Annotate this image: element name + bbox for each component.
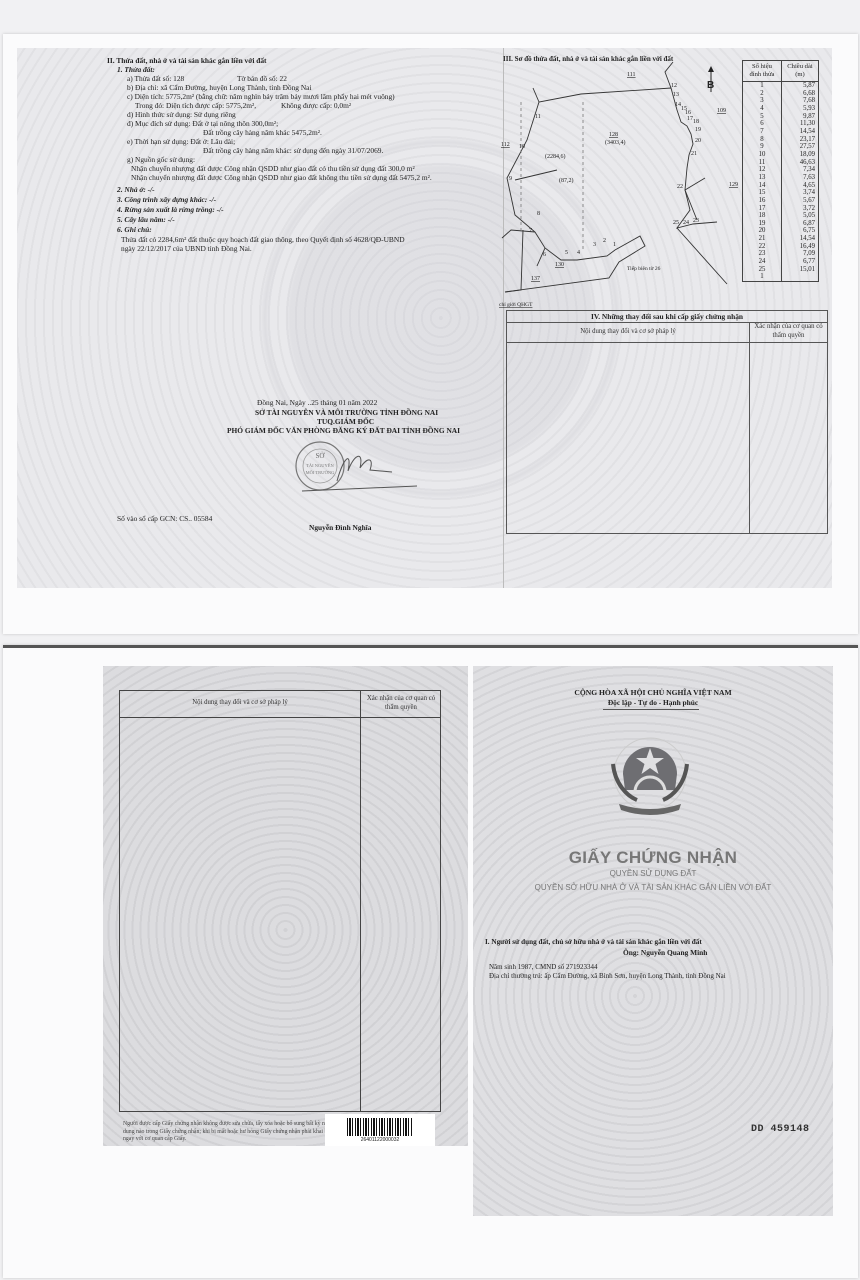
edge-length: 6,68 (782, 90, 819, 98)
edge-length: 7,34 (782, 166, 819, 174)
svg-text:13: 13 (673, 92, 679, 98)
edge-length: 14,54 (782, 235, 819, 243)
col-change-content: Nội dung thay đổi và cơ sở pháp lý (120, 699, 360, 708)
edge-length: 15,01 (782, 266, 819, 274)
perennial-item: 5. Cây lâu năm: -/- (117, 215, 175, 225)
certificate-subtitle-1: QUYỀN SỬ DỤNG ĐẤT (473, 869, 833, 878)
official-stamp-and-signature: SỞ TÀI NGUYÊN MÔI TRƯỜNG (282, 436, 422, 496)
svg-text:6: 6 (543, 252, 546, 258)
vertex-id: 13 (743, 174, 782, 182)
vertex-id: 4 (743, 105, 782, 113)
vertex-id: 20 (743, 227, 782, 235)
serial-number: DD 459148 (751, 1124, 810, 1135)
col-confirmation: Xác nhận của cơ quan có thẩm quyền (750, 323, 827, 340)
svg-text:chỉ giới QHGT: chỉ giới QHGT (499, 302, 533, 308)
svg-text:21: 21 (691, 151, 697, 157)
vertex-header: Số hiệu đỉnh thửa (743, 61, 782, 82)
svg-text:B: B (707, 80, 714, 91)
national-emblem-icon (595, 734, 705, 824)
vertex-id: 17 (743, 205, 782, 213)
barcode-bars-icon (347, 1118, 413, 1136)
barcode-number: 26401122000032 (325, 1137, 435, 1143)
certificate-page-2-scan: Nội dung thay đổi và cơ sở pháp lý Xác n… (3, 645, 858, 1278)
north-arrow-icon: B (707, 66, 714, 92)
svg-text:19: 19 (695, 127, 701, 133)
edge-length: 7,68 (782, 97, 819, 105)
edge-length: 27,57 (782, 143, 819, 151)
other-construction-item: 3. Công trình xây dựng khác: -/- (117, 195, 216, 205)
edge-length-row: 59,87 (743, 113, 819, 121)
edge-length: 7,63 (782, 174, 819, 182)
svg-text:1: 1 (613, 242, 616, 248)
edge-length: 7,09 (782, 250, 819, 258)
edge-length: 6,87 (782, 220, 819, 228)
note-line-2: ngày 22/12/2017 của UBND tỉnh Đồng Nai. (121, 244, 252, 254)
vertex-id: 8 (743, 136, 782, 144)
svg-text:130: 130 (555, 262, 564, 268)
svg-text:4: 4 (577, 250, 580, 256)
certificate-page-1-scan: II. Thửa đất, nhà ở và tài sản khác gắn … (3, 34, 858, 634)
not-granted-area: Không được cấp: 0,0m² (281, 101, 351, 111)
svg-text:7: 7 (529, 228, 532, 234)
svg-text:23: 23 (693, 218, 699, 224)
edge-length-row: 2515,01 (743, 266, 819, 274)
edge-length: 6,77 (782, 258, 819, 266)
scanned-document-cover-right: CỘNG HÒA XÃ HỘI CHỦ NGHĨA VIỆT NAM Độc l… (473, 666, 833, 1216)
svg-text:10: 10 (519, 144, 525, 150)
edge-length-row: 237,09 (743, 250, 819, 258)
svg-text:109: 109 (717, 108, 726, 114)
vertex-id: 9 (743, 143, 782, 151)
edge-length: 4,65 (782, 182, 819, 190)
svg-text:12: 12 (671, 83, 677, 89)
vertex-id: 25 (743, 266, 782, 274)
edge-length: 11,30 (782, 120, 819, 128)
edge-length-row: 45,93 (743, 105, 819, 113)
edge-length-row: 1018,09 (743, 151, 819, 159)
edge-length-row: 165,67 (743, 197, 819, 205)
edge-length: 5,05 (782, 212, 819, 220)
warning-note: Người được cấp Giấy chứng nhận không đượ… (123, 1121, 333, 1144)
vertex-id: 10 (743, 151, 782, 159)
vertex-id: 23 (743, 250, 782, 258)
edge-length-row: 714,54 (743, 128, 819, 136)
owner-name: Ông: Nguyễn Quang Minh (623, 948, 707, 958)
svg-text:(3403,4): (3403,4) (605, 139, 626, 146)
edge-length: 5,93 (782, 105, 819, 113)
svg-text:25: 25 (673, 220, 679, 226)
edge-length-row: 823,17 (743, 136, 819, 144)
edge-length-row: 206,75 (743, 227, 819, 235)
country-name: CỘNG HÒA XÃ HỘI CHỦ NGHĨA VIỆT NAM (473, 688, 833, 698)
vertex-id: 18 (743, 212, 782, 220)
signer-name: Nguyễn Đình Nghĩa (309, 523, 371, 533)
svg-text:MÔI TRƯỜNG: MÔI TRƯỜNG (306, 470, 336, 475)
changes-table-page1: IV. Những thay đổi sau khi cấp giấy chứn… (506, 310, 828, 534)
barcode: 26401122000032 (325, 1114, 435, 1146)
forest-item: 4. Rừng sản xuất là rừng trồng: -/- (117, 205, 224, 215)
edge-length (782, 273, 819, 281)
svg-text:Tiếp biên tờ 26: Tiếp biên tờ 26 (627, 265, 661, 272)
length-header: Chiều dài (m) (782, 61, 819, 82)
edge-length: 23,17 (782, 136, 819, 144)
edge-length-row: 196,87 (743, 220, 819, 228)
vertex-id: 22 (743, 243, 782, 251)
svg-text:(2284,6): (2284,6) (545, 153, 566, 160)
house-item: 2. Nhà ở: -/- (117, 185, 155, 195)
sign-date: Đồng Nai, Ngày ..25 tháng 01 năm 2022 (257, 398, 377, 408)
edge-length-row: 173,72 (743, 205, 819, 213)
edge-length: 3,72 (782, 205, 819, 213)
col-confirmation: Xác nhận của cơ quan có thẩm quyền (362, 695, 440, 712)
edge-length-row: 127,34 (743, 166, 819, 174)
svg-text:129: 129 (729, 182, 738, 188)
motto: Độc lập - Tự do - Hạnh phúc (473, 698, 833, 708)
svg-text:11: 11 (535, 114, 541, 120)
scanned-document-back: II. Thửa đất, nhà ở và tài sản khác gắn … (17, 48, 832, 588)
svg-text:(87,2): (87,2) (559, 177, 574, 184)
edge-length: 16,49 (782, 243, 819, 251)
edge-length-row: 927,57 (743, 143, 819, 151)
register-number: Số vào sổ cấp GCN: CS.. 05584 (117, 514, 212, 524)
vertex-id: 1 (743, 273, 782, 281)
sign-role: PHÓ GIÁM ĐỐC VĂN PHÒNG ĐĂNG KÝ ĐẤT ĐAI T… (227, 426, 460, 436)
vertex-id: 16 (743, 197, 782, 205)
svg-text:2: 2 (603, 238, 606, 244)
col-change-content: Nội dung thay đổi và cơ sở pháp lý (507, 328, 749, 337)
edge-length-row: 15,87 (743, 82, 819, 90)
owner-address: Địa chỉ thường trú: ấp Cẩm Đường, xã Bìn… (489, 972, 726, 982)
edge-length-row: 1 (743, 273, 819, 281)
vertex-id: 2 (743, 90, 782, 98)
notes-title: 6. Ghi chú: (117, 225, 152, 235)
edge-length: 46,63 (782, 159, 819, 167)
edge-length: 3,74 (782, 189, 819, 197)
vertex-id: 7 (743, 128, 782, 136)
svg-text:111: 111 (627, 72, 636, 78)
edge-length: 6,75 (782, 227, 819, 235)
edge-length-row: 185,05 (743, 212, 819, 220)
svg-text:18: 18 (693, 119, 699, 125)
vertex-id: 5 (743, 113, 782, 121)
svg-text:SỞ: SỞ (316, 452, 326, 460)
edge-length-row: 153,74 (743, 189, 819, 197)
vertex-id: 14 (743, 182, 782, 190)
edge-length: 5,87 (782, 82, 819, 90)
edge-length: 18,09 (782, 151, 819, 159)
edge-length-row: 2216,49 (743, 243, 819, 251)
svg-text:9: 9 (509, 176, 512, 182)
svg-text:8: 8 (537, 211, 540, 217)
scanned-document-cover-left: Nội dung thay đổi và cơ sở pháp lý Xác n… (103, 666, 468, 1146)
edge-length-row: 37,68 (743, 97, 819, 105)
svg-text:22: 22 (677, 184, 683, 190)
svg-text:TÀI NGUYÊN: TÀI NGUYÊN (306, 463, 334, 468)
vertex-id: 24 (743, 258, 782, 266)
edge-length-row: 1146,63 (743, 159, 819, 167)
svg-text:128: 128 (609, 132, 618, 138)
svg-text:24: 24 (683, 220, 689, 226)
vertex-id: 21 (743, 235, 782, 243)
owner-section-title: I. Người sử dụng đất, chủ sở hữu nhà ở v… (485, 938, 702, 948)
vertex-id: 15 (743, 189, 782, 197)
edge-length-row: 246,77 (743, 258, 819, 266)
vertex-id: 19 (743, 220, 782, 228)
svg-text:137: 137 (531, 276, 540, 282)
svg-text:5: 5 (565, 250, 568, 256)
vertex-id: 12 (743, 166, 782, 174)
edge-length: 5,67 (782, 197, 819, 205)
vertex-id: 6 (743, 120, 782, 128)
origin-2: Nhận chuyển nhượng đất được Công nhận QS… (131, 173, 432, 183)
edge-length-row: 144,65 (743, 182, 819, 190)
edge-length-row: 137,63 (743, 174, 819, 182)
edge-length-row: 611,30 (743, 120, 819, 128)
vertex-id: 3 (743, 97, 782, 105)
parcel-sketch-map: 121314 15161718 19202122 232425 11109 87… (497, 60, 745, 310)
edge-length-row: 2114,54 (743, 235, 819, 243)
svg-text:3: 3 (593, 242, 596, 248)
edge-length-table: Số hiệu đỉnh thửa Chiều dài (m) 15,8726,… (742, 60, 819, 282)
changes-table-page2: Nội dung thay đổi và cơ sở pháp lý Xác n… (119, 690, 441, 1112)
usage-term-2: Đất trồng cây hàng năm khác: sử dụng đến… (203, 146, 383, 156)
certificate-subtitle-2: QUYỀN SỞ HỮU NHÀ Ở VÀ TÀI SẢN KHÁC GẮN L… (463, 883, 843, 892)
vertex-id: 1 (743, 82, 782, 90)
svg-text:112: 112 (501, 142, 510, 148)
svg-text:20: 20 (695, 138, 701, 144)
vertex-id: 11 (743, 159, 782, 167)
section-4-title: IV. Những thay đổi sau khi cấp giấy chứn… (507, 312, 827, 322)
edge-length: 9,87 (782, 113, 819, 121)
certificate-title: GIẤY CHỨNG NHẬN (473, 848, 833, 868)
edge-length: 14,54 (782, 128, 819, 136)
edge-length-row: 26,68 (743, 90, 819, 98)
